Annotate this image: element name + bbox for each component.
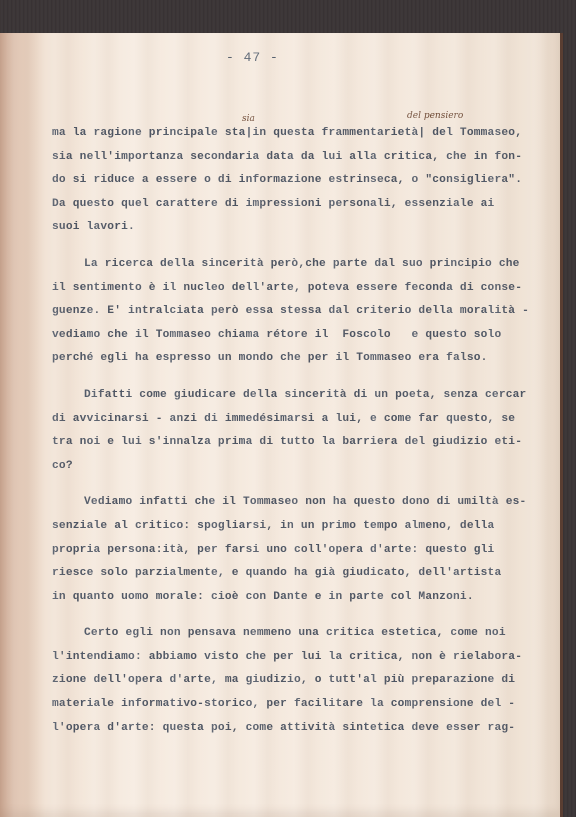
- text-line: La ricerca della sincerità però,che part…: [52, 253, 552, 277]
- text-line: propria persona:ità, per farsi uno coll'…: [52, 539, 552, 563]
- paragraph: ma la ragione principale sta|in questa f…: [52, 122, 552, 240]
- text-line: do si riduce a essere o di informazione …: [52, 169, 552, 193]
- text-line: perché egli ha espresso un mondo che per…: [52, 347, 552, 371]
- paragraph: Vediamo infatti che il Tommaseo non ha q…: [52, 491, 552, 609]
- page-number: - 47 -: [226, 50, 279, 65]
- paragraph: La ricerca della sincerità però,che part…: [52, 253, 552, 371]
- text-line: di avvicinarsi - anzi di immedésimarsi a…: [52, 408, 552, 432]
- text-line: il sentimento è il nucleo dell'arte, pot…: [52, 277, 552, 301]
- text-line: vediamo che il Tommaseo chiama rétore il…: [52, 324, 552, 348]
- text-line: co?: [52, 455, 552, 479]
- text-line: materiale informativo-storico, per facil…: [52, 693, 552, 717]
- text-line: ma la ragione principale sta|in questa f…: [52, 122, 552, 146]
- body-text: ma la ragione principale sta|in questa f…: [52, 122, 552, 740]
- text-line: Da questo quel carattere di impressioni …: [52, 193, 552, 217]
- text-line: Difatti come giudicare della sincerità d…: [52, 384, 552, 408]
- text-line: senziale al critico: spogliarsi, in un p…: [52, 515, 552, 539]
- text-line: suoi lavori.: [52, 216, 552, 240]
- text-line: in quanto uomo morale: cioè con Dante e …: [52, 586, 552, 610]
- text-line: zione dell'opera d'arte, ma giudizio, o …: [52, 669, 552, 693]
- handwritten-annotation-pensiero: del pensiero: [407, 111, 463, 121]
- typewritten-page: - 47 - sia del pensiero ma la ragione pr…: [0, 33, 563, 817]
- text-line: Certo egli non pensava nemmeno una criti…: [52, 622, 552, 646]
- text-line: tra noi e lui s'innalza prima di tutto l…: [52, 431, 552, 455]
- text-line: guenze. E' intralciata però essa stessa …: [52, 300, 552, 324]
- text-line: l'intendiamo: abbiamo visto che per lui …: [52, 646, 552, 670]
- text-line: l'opera d'arte: questa poi, come attivit…: [52, 717, 552, 741]
- text-line: sia nell'importanza secondaria data da l…: [52, 146, 552, 170]
- text-line: riesce solo parzialmente, e quando ha gi…: [52, 562, 552, 586]
- paragraph: Difatti come giudicare della sincerità d…: [52, 384, 552, 478]
- text-line: Vediamo infatti che il Tommaseo non ha q…: [52, 491, 552, 515]
- paragraph: Certo egli non pensava nemmeno una criti…: [52, 622, 552, 740]
